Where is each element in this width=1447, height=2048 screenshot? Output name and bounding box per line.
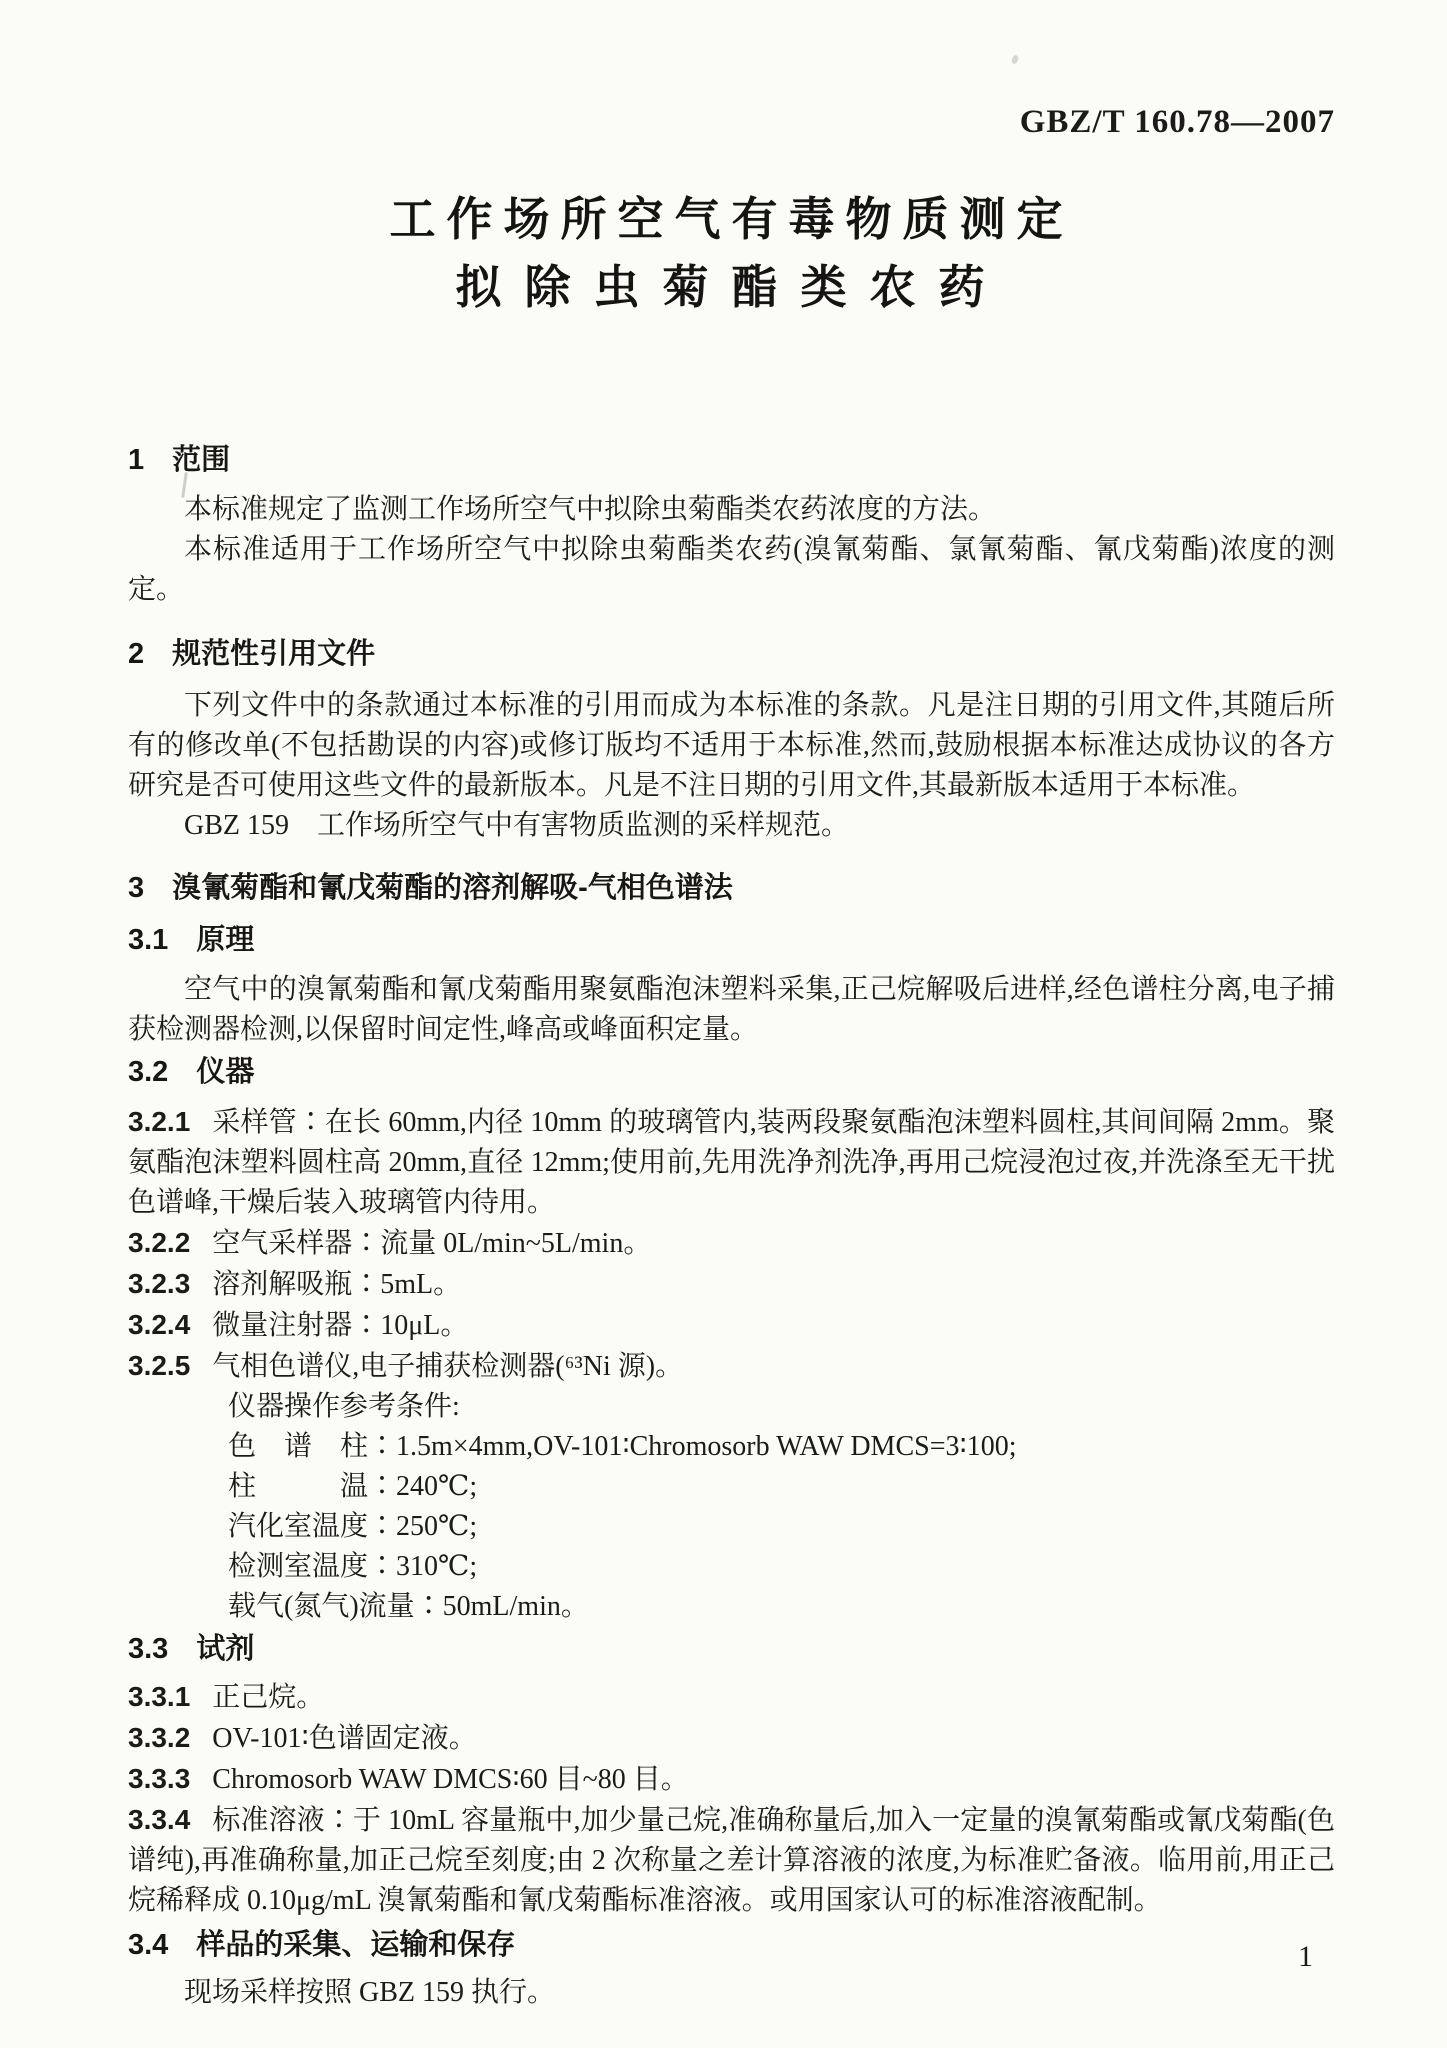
section-2-reference-gbz159: GBZ 159 工作场所空气中有害物质监测的采样规范。 bbox=[128, 806, 1335, 846]
document-title: 工作场所空气有毒物质测定 拟除虫菊酯类农药 bbox=[128, 0, 1335, 316]
clause-3-3-1: 3.3.1正己烷。 bbox=[128, 1677, 1335, 1718]
clause-3-3-2: 3.3.2OV-101∶色谱固定液。 bbox=[128, 1718, 1335, 1759]
condition-detector-temperature: 检测室温度∶310℃; bbox=[228, 1547, 1335, 1587]
section-3-3-heading-text: 试剂 bbox=[196, 1633, 254, 1665]
clause-3-3-4-text: 标准溶液∶于 10mL 容量瓶中,加少量己烷,准确称量后,加入一定量的溴氰菊酯或… bbox=[128, 1805, 1335, 1916]
clause-3-2-4: 3.2.4微量注射器∶10μL。 bbox=[128, 1305, 1335, 1346]
section-1-number: 1 bbox=[128, 444, 144, 476]
page-number: 1 bbox=[1298, 1940, 1313, 1974]
title-line-1: 工作场所空气有毒物质测定 bbox=[128, 190, 1335, 248]
section-2-heading-text: 规范性引用文件 bbox=[172, 638, 375, 670]
clause-3-2-2-number: 3.2.2 bbox=[128, 1227, 190, 1258]
section-3-method: 3溴氰菊酯和氰戊菊酯的溶剂解吸-气相色谱法 bbox=[128, 868, 1335, 908]
clause-3-2-2: 3.2.2空气采样器∶流量 0L/min~5L/min。 bbox=[128, 1223, 1335, 1264]
clause-3-2-4-text: 微量注射器∶10μL。 bbox=[212, 1310, 468, 1341]
section-3-1-paragraph-1: 空气中的溴氰菊酯和氰戊菊酯用聚氨酯泡沫塑料采集,正己烷解吸后进样,经色谱柱分离,… bbox=[128, 970, 1335, 1050]
section-3-4-number: 3.4 bbox=[128, 1929, 168, 1961]
section-3-3-reagents: 3.3试剂 3.3.1正己烷。 3.3.2OV-101∶色谱固定液。 3.3.3… bbox=[128, 1629, 1335, 1921]
condition-column-temperature: 柱 温∶240℃; bbox=[228, 1467, 1335, 1507]
section-3-2-heading: 3.2仪器 bbox=[128, 1052, 1335, 1092]
clause-3-2-3-text: 溶剂解吸瓶∶5mL。 bbox=[212, 1269, 461, 1300]
section-3-1-number: 3.1 bbox=[128, 924, 168, 956]
section-1-scope: 1范围 本标准规定了监测工作场所空气中拟除虫菊酯类农药浓度的方法。 本标准适用于… bbox=[128, 440, 1335, 610]
section-3-4-sampling: 3.4样品的采集、运输和保存 现场采样按照 GBZ 159 执行。 bbox=[128, 1925, 1335, 2013]
clause-3-3-2-number: 3.3.2 bbox=[128, 1722, 190, 1753]
clause-3-2-4-number: 3.2.4 bbox=[128, 1309, 190, 1340]
clause-3-2-5: 3.2.5气相色谱仪,电子捕获检测器(⁶³Ni 源)。 bbox=[128, 1346, 1335, 1387]
section-2-normative-references: 2规范性引用文件 下列文件中的条款通过本标准的引用而成为本标准的条款。凡是注日期… bbox=[128, 634, 1335, 846]
section-3-1-heading: 3.1原理 bbox=[128, 920, 1335, 960]
section-3-4-heading-text: 样品的采集、运输和保存 bbox=[196, 1929, 515, 1961]
clause-3-2-5-number: 3.2.5 bbox=[128, 1350, 190, 1381]
section-3-3-number: 3.3 bbox=[128, 1633, 168, 1665]
condition-column: 色 谱 柱∶1.5m×4mm,OV-101∶Chromosorb WAW DMC… bbox=[228, 1427, 1335, 1467]
document-content: 工作场所空气有毒物质测定 拟除虫菊酯类农药 1范围 本标准规定了监测工作场所空气… bbox=[128, 0, 1335, 2013]
clause-3-3-1-text: 正己烷。 bbox=[212, 1682, 324, 1713]
clause-3-3-2-text: OV-101∶色谱固定液。 bbox=[212, 1723, 476, 1754]
section-1-paragraph-1: 本标准规定了监测工作场所空气中拟除虫菊酯类农药浓度的方法。 bbox=[128, 490, 1335, 530]
clause-3-2-5-text: 气相色谱仪,电子捕获检测器(⁶³Ni 源)。 bbox=[212, 1351, 683, 1382]
clause-3-3-3-text: Chromosorb WAW DMCS∶60 目~80 目。 bbox=[212, 1764, 689, 1795]
clause-3-2-2-text: 空气采样器∶流量 0L/min~5L/min。 bbox=[212, 1228, 651, 1259]
clause-3-2-3-number: 3.2.3 bbox=[128, 1268, 190, 1299]
condition-vaporizer-temperature: 汽化室温度∶250℃; bbox=[228, 1507, 1335, 1547]
section-2-heading: 2规范性引用文件 bbox=[128, 634, 1335, 674]
conditions-intro: 仪器操作参考条件: bbox=[228, 1387, 1335, 1427]
section-3-2-number: 3.2 bbox=[128, 1056, 168, 1088]
clause-3-3-3: 3.3.3Chromosorb WAW DMCS∶60 目~80 目。 bbox=[128, 1759, 1335, 1800]
section-3-3-heading: 3.3试剂 bbox=[128, 1629, 1335, 1669]
section-3-heading: 3溴氰菊酯和氰戊菊酯的溶剂解吸-气相色谱法 bbox=[128, 868, 1335, 908]
section-3-heading-text: 溴氰菊酯和氰戊菊酯的溶剂解吸-气相色谱法 bbox=[172, 872, 733, 904]
section-3-1-heading-text: 原理 bbox=[196, 924, 254, 956]
section-1-heading: 1范围 bbox=[128, 440, 1335, 480]
section-3-4-paragraph-1: 现场采样按照 GBZ 159 执行。 bbox=[128, 1973, 1335, 2013]
clause-3-2-1: 3.2.1采样管∶在长 60mm,内径 10mm 的玻璃管内,装两段聚氨酯泡沫塑… bbox=[128, 1102, 1335, 1223]
section-2-paragraph-1: 下列文件中的条款通过本标准的引用而成为本标准的条款。凡是注日期的引用文件,其随后… bbox=[128, 686, 1335, 806]
clause-3-3-1-number: 3.3.1 bbox=[128, 1681, 190, 1712]
section-2-number: 2 bbox=[128, 638, 144, 670]
clause-3-2-1-number: 3.2.1 bbox=[128, 1106, 190, 1137]
clause-3-3-3-number: 3.3.3 bbox=[128, 1763, 190, 1794]
clause-3-2-1-text: 采样管∶在长 60mm,内径 10mm 的玻璃管内,装两段聚氨酯泡沫塑料圆柱,其… bbox=[128, 1107, 1335, 1218]
section-3-2-apparatus: 3.2仪器 3.2.1采样管∶在长 60mm,内径 10mm 的玻璃管内,装两段… bbox=[128, 1052, 1335, 1627]
clause-3-3-4: 3.3.4标准溶液∶于 10mL 容量瓶中,加少量己烷,准确称量后,加入一定量的… bbox=[128, 1800, 1335, 1921]
section-3-2-heading-text: 仪器 bbox=[196, 1056, 254, 1088]
condition-carrier-gas-flow: 载气(氮气)流量∶50mL/min。 bbox=[228, 1587, 1335, 1627]
section-3-4-heading: 3.4样品的采集、运输和保存 bbox=[128, 1925, 1335, 1965]
section-3-1-principle: 3.1原理 空气中的溴氰菊酯和氰戊菊酯用聚氨酯泡沫塑料采集,正己烷解吸后进样,经… bbox=[128, 920, 1335, 1050]
clause-3-2-3: 3.2.3溶剂解吸瓶∶5mL。 bbox=[128, 1264, 1335, 1305]
section-1-heading-text: 范围 bbox=[172, 444, 230, 476]
section-1-paragraph-2: 本标准适用于工作场所空气中拟除虫菊酯类农药(溴氰菊酯、氯氰菊酯、氰戊菊酯)浓度的… bbox=[128, 530, 1335, 610]
gc-operating-conditions: 仪器操作参考条件: 色 谱 柱∶1.5m×4mm,OV-101∶Chromoso… bbox=[228, 1387, 1335, 1627]
title-line-2: 拟除虫菊酯类农药 bbox=[128, 258, 1335, 316]
section-3-number: 3 bbox=[128, 872, 144, 904]
clause-3-3-4-number: 3.3.4 bbox=[128, 1804, 190, 1835]
